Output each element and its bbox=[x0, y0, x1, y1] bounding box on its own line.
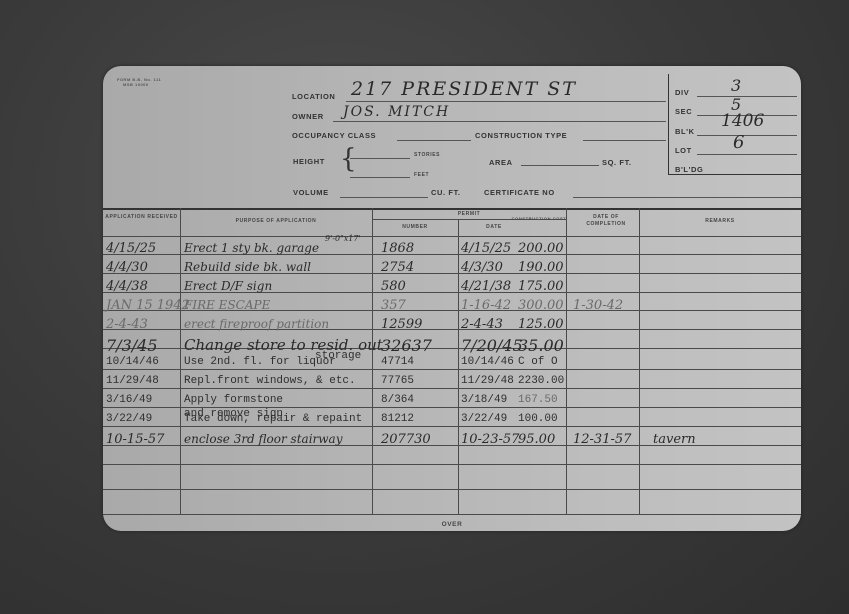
purpose-cell: enclose 3rd floor stairway bbox=[184, 432, 342, 446]
permit-number-cell: 81212 bbox=[381, 413, 414, 425]
construction-cost-cell: 95.00 bbox=[518, 432, 555, 447]
construction-cost-cell: 190.00 bbox=[518, 260, 564, 275]
application-received-cell: 3/22/49 bbox=[106, 413, 152, 425]
table-header-bottom-rule bbox=[103, 236, 801, 237]
construction-type-underline bbox=[583, 140, 666, 141]
purpose-cell: erect fireproof partition bbox=[184, 317, 329, 331]
permit-date-cell: 3/22/49 bbox=[461, 413, 507, 425]
owner-label: OWNER bbox=[292, 112, 324, 121]
div-underline bbox=[697, 96, 797, 97]
construction-cost-cell: 200.00 bbox=[518, 241, 564, 256]
div-value: 3 bbox=[731, 76, 741, 95]
row-rule bbox=[103, 369, 801, 370]
col-header-permit-date: DATE bbox=[458, 224, 530, 231]
lot-label: LOT bbox=[675, 146, 692, 155]
stories-underline bbox=[350, 158, 410, 159]
permit-date-cell: 1-16-42 bbox=[461, 298, 511, 313]
application-received-cell: 3/16/49 bbox=[106, 394, 152, 406]
volume-underline bbox=[340, 197, 428, 198]
bldg-label: B'L'DG bbox=[675, 165, 703, 174]
permit-number-cell: 77765 bbox=[381, 375, 414, 387]
purpose-cell: FIRE ESCAPE bbox=[184, 298, 270, 312]
form-number-line-2: MSB 10000 bbox=[117, 82, 161, 87]
sq-ft-label: SQ. FT. bbox=[602, 158, 632, 167]
building-permit-record-card: FORM B.B. No. 111 MSB 10000 LOCATION 217… bbox=[103, 66, 801, 531]
construction-cost-cell: 175.00 bbox=[518, 279, 564, 294]
purpose-cell: Erect D/F sign bbox=[184, 279, 272, 293]
permit-number-cell: 2754 bbox=[381, 260, 414, 275]
application-received-cell: 4/4/30 bbox=[106, 260, 148, 275]
permit-number-cell: 8/364 bbox=[381, 394, 414, 406]
permit-date-cell: 4/15/25 bbox=[461, 241, 511, 256]
construction-cost-cell: 167.50 bbox=[518, 394, 558, 406]
div-label: DIV bbox=[675, 88, 689, 97]
certificate-no-label: CERTIFICATE NO bbox=[484, 188, 555, 197]
application-received-cell: 4/15/25 bbox=[106, 241, 156, 256]
col-header-construction-cost: CONSTRUCTION COST bbox=[505, 215, 573, 222]
stories-label: STORIES bbox=[414, 152, 440, 158]
index-box: DIV 3 SEC 5 BL'K 1406 LOT 6 B'L'DG bbox=[668, 74, 801, 175]
permit-number-cell: 47714 bbox=[381, 356, 414, 368]
owner-value: JOS. MITCH bbox=[343, 104, 450, 120]
col-header-permit-number: NUMBER bbox=[372, 224, 458, 231]
application-received-cell: 2-4-43 bbox=[106, 317, 148, 332]
row-rule bbox=[103, 464, 801, 465]
cu-ft-label: CU. FT. bbox=[431, 188, 461, 197]
col-header-date-of-completion: DATE OF COMPLETION bbox=[573, 214, 639, 228]
application-received-cell: 10/14/46 bbox=[106, 356, 159, 368]
purpose-cell: Take down, repair & repaint bbox=[184, 413, 362, 425]
location-label: LOCATION bbox=[292, 92, 335, 101]
lot-underline bbox=[697, 154, 797, 155]
purpose-cell: Apply formstone bbox=[184, 394, 283, 406]
application-received-cell: 11/29/48 bbox=[106, 375, 159, 387]
height-label: HEIGHT bbox=[293, 157, 325, 166]
permit-date-cell: 10-23-57 bbox=[461, 432, 519, 447]
form-number: FORM B.B. No. 111 MSB 10000 bbox=[117, 77, 161, 87]
owner-underline bbox=[333, 121, 666, 122]
permit-number-cell: 32637 bbox=[381, 336, 432, 355]
over-label: OVER bbox=[103, 521, 801, 528]
date-of-completion-cell: 12-31-57 bbox=[573, 432, 631, 447]
lot-value: 6 bbox=[733, 132, 744, 153]
construction-cost-cell: C of O bbox=[518, 356, 558, 368]
height-brace: { bbox=[340, 146, 357, 172]
sec-label: SEC bbox=[675, 107, 692, 116]
date-of-completion-cell: 1-30-42 bbox=[573, 298, 623, 313]
col-header-purpose: PURPOSE OF APPLICATION bbox=[180, 218, 372, 225]
col-divider-3 bbox=[458, 219, 459, 514]
col-header-application-received: APPLICATION RECEIVED bbox=[103, 214, 180, 221]
purpose-cell: Use 2nd. fl. for liquor bbox=[184, 356, 336, 368]
row-rule bbox=[103, 514, 801, 515]
row-rule bbox=[103, 388, 801, 389]
application-received-cell: 7/3/45 bbox=[106, 336, 158, 355]
permit-number-cell: 357 bbox=[381, 298, 406, 313]
permit-date-cell: 4/3/30 bbox=[461, 260, 503, 275]
permit-number-cell: 207730 bbox=[381, 432, 431, 447]
blk-label: BL'K bbox=[675, 127, 695, 136]
permit-number-cell: 580 bbox=[381, 279, 406, 294]
permit-date-cell: 3/18/49 bbox=[461, 394, 507, 406]
location-value: 217 PRESIDENT ST bbox=[351, 78, 577, 100]
volume-label: VOLUME bbox=[293, 188, 329, 197]
construction-cost-cell: 300.00 bbox=[518, 298, 564, 313]
purpose-cell: Erect 1 sty bk. garage bbox=[184, 241, 319, 255]
purpose-cell: Repl.front windows, & etc. bbox=[184, 375, 356, 387]
row-rule bbox=[103, 426, 801, 427]
construction-cost-cell: 35.00 bbox=[518, 336, 564, 355]
construction-cost-cell: 125.00 bbox=[518, 317, 564, 332]
blk-value: 1406 bbox=[721, 111, 764, 131]
feet-label: FEET bbox=[414, 172, 429, 178]
col-header-remarks: REMARKS bbox=[639, 218, 801, 225]
application-received-cell: 4/4/38 bbox=[106, 279, 148, 294]
table-top-rule bbox=[103, 208, 801, 210]
feet-underline bbox=[350, 177, 410, 178]
permit-date-cell: 10/14/46 bbox=[461, 356, 514, 368]
purpose-cell: Rebuild side bk. wall bbox=[184, 260, 311, 274]
permit-date-cell: 2-4-43 bbox=[461, 317, 503, 332]
remarks-cell: tavern bbox=[653, 432, 696, 447]
application-received-cell: 10-15-57 bbox=[106, 432, 164, 447]
construction-cost-cell: 100.00 bbox=[518, 413, 558, 425]
certificate-no-underline bbox=[573, 197, 801, 198]
application-received-cell: JAN 15 1942 bbox=[106, 298, 190, 313]
blk-underline bbox=[697, 135, 797, 136]
construction-type-label: CONSTRUCTION TYPE bbox=[475, 131, 567, 140]
row-rule bbox=[103, 489, 801, 490]
location-underline bbox=[346, 101, 666, 102]
permit-date-cell: 11/29/48 bbox=[461, 375, 514, 387]
occupancy-class-label: OCCUPANCY CLASS bbox=[292, 131, 376, 140]
area-underline bbox=[521, 165, 599, 166]
permit-number-cell: 1868 bbox=[381, 241, 414, 256]
permit-number-cell: 12599 bbox=[381, 317, 422, 332]
permit-date-cell: 4/21/38 bbox=[461, 279, 511, 294]
permit-date-cell: 7/20/45 bbox=[461, 336, 523, 355]
purpose-note: 9'-0"x17' bbox=[325, 234, 361, 243]
occupancy-class-underline bbox=[397, 140, 471, 141]
construction-cost-cell: 2230.00 bbox=[518, 375, 564, 387]
area-label: AREA bbox=[489, 158, 513, 167]
